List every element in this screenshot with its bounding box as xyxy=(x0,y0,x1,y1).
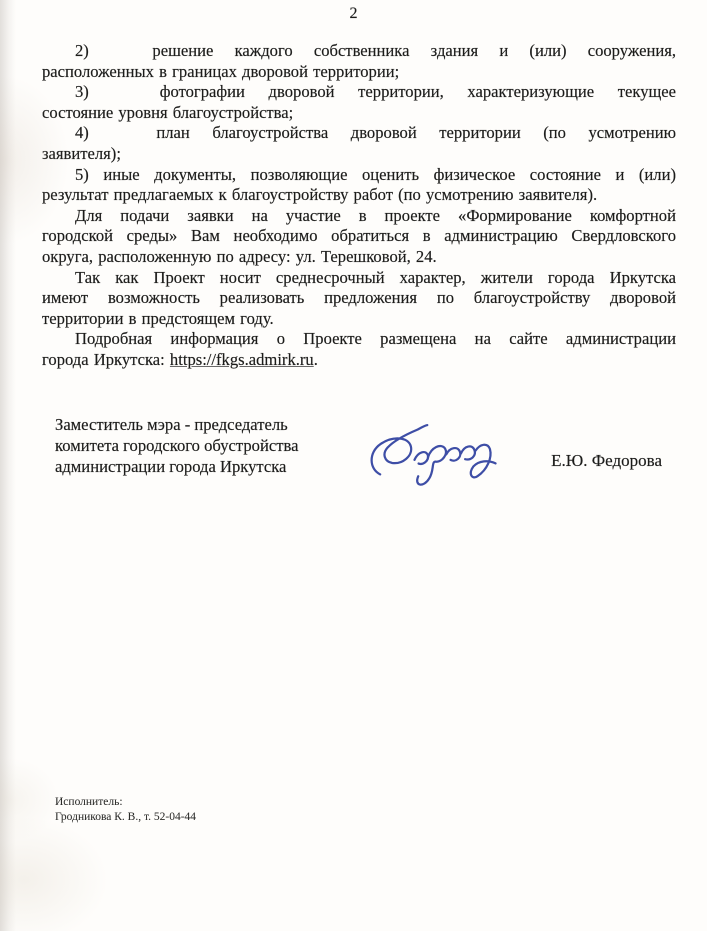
body-line: результат предлагаемых к благоустройству… xyxy=(42,185,676,206)
body-line: Подробная информация о Проекте размещена… xyxy=(42,329,676,350)
body-line: округа, расположенную по адресу: ул. Тер… xyxy=(42,247,676,268)
body-line: расположенных в границах дворовой террит… xyxy=(42,62,676,83)
body-line: Для подачи заявки на участие в проекте «… xyxy=(42,206,676,227)
body-line: Так как Проект носит среднесрочный харак… xyxy=(42,268,676,289)
body-line: заявителя); xyxy=(42,144,676,165)
project-website-link[interactable]: https://fkgs.admirk.ru xyxy=(170,350,314,369)
body-line: состояние уровня благоустройства; xyxy=(42,103,676,124)
executor-label: Исполнитель: xyxy=(55,795,196,810)
body-line: имеют возможность реализовать предложени… xyxy=(42,288,676,309)
executor-name: Гродникова К. В., т. 52-04-44 xyxy=(55,810,196,825)
document-page: 2 2) решение каждого собственника здания… xyxy=(0,0,707,931)
page-number: 2 xyxy=(0,5,707,23)
body-line: 5) иные документы, позволяющие оценить ф… xyxy=(42,165,676,186)
signer-name: Е.Ю. Федорова xyxy=(551,451,662,471)
body-line: территории в предстоящем году. xyxy=(42,309,676,330)
body-line: 3) фотографии дворовой территории, харак… xyxy=(42,82,676,103)
body-line-with-link: города Иркутска: https://fkgs.admirk.ru. xyxy=(42,350,676,371)
body-text: 2) решение каждого собственника здания и… xyxy=(42,41,676,371)
body-line: 2) решение каждого собственника здания и… xyxy=(42,41,676,62)
signature-autograph xyxy=(356,410,507,508)
signature-autograph-drawing xyxy=(356,410,507,508)
link-prefix-text: города Иркутска: xyxy=(42,350,170,369)
footer-executor: Исполнитель: Гродникова К. В., т. 52-04-… xyxy=(55,795,196,824)
body-line: городской среды» Вам необходимо обратить… xyxy=(42,226,676,247)
body-line: 4) план благоустройства дворовой террито… xyxy=(42,123,676,144)
signature-block: Заместитель мэра - председатель комитета… xyxy=(55,414,668,510)
link-suffix-text: . xyxy=(314,350,318,369)
